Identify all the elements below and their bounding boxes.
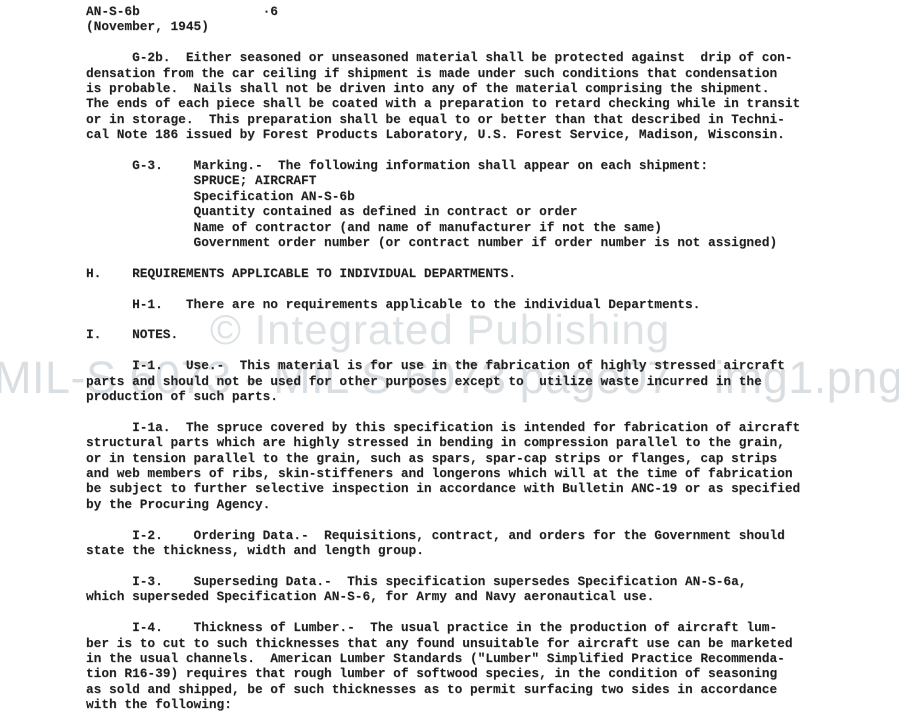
document-line: SPRUCE; AIRCRAFT — [86, 173, 800, 188]
document-line: Specification AN-S-6b — [86, 189, 800, 204]
document-line: I-3. Superseding Data.- This specificati… — [86, 574, 800, 589]
document-line: H-1. There are no requirements applicabl… — [86, 297, 800, 312]
document-line: Name of contractor (and name of manufact… — [86, 220, 800, 235]
block-para-g3: G-3. Marking.- The following information… — [86, 158, 800, 250]
document-line: G-2b. Either seasoned or unseasoned mate… — [86, 50, 800, 65]
block-para-i4: I-4. Thickness of Lumber.- The usual pra… — [86, 620, 800, 712]
block-para-h1: H-1. There are no requirements applicabl… — [86, 297, 800, 312]
document-text: AN-S-6b ·6(November, 1945) G-2b. Either … — [86, 4, 800, 713]
block-para-i2: I-2. Ordering Data.- Requisitions, contr… — [86, 528, 800, 559]
document-line: and web members of ribs, skin-stiffeners… — [86, 466, 800, 481]
document-line: I-1a. The spruce covered by this specifi… — [86, 420, 800, 435]
document-line: by the Procuring Agency. — [86, 497, 800, 512]
block-header: AN-S-6b ·6(November, 1945) — [86, 4, 800, 35]
block-heading-h: H. REQUIREMENTS APPLICABLE TO INDIVIDUAL… — [86, 266, 800, 281]
document-line: production of such parts. — [86, 389, 800, 404]
block-heading-i: I. NOTES. — [86, 327, 800, 342]
document-line: ber is to cut to such thicknesses that a… — [86, 636, 800, 651]
document-line: AN-S-6b ·6 — [86, 4, 800, 19]
document-line: I-1. Use.- This material is for use in t… — [86, 358, 800, 373]
document-line: tion R16-39) requires that rough lumber … — [86, 666, 800, 681]
document-line: be subject to further selective inspecti… — [86, 481, 800, 496]
document-line: (November, 1945) — [86, 19, 800, 34]
document-line: I. NOTES. — [86, 327, 800, 342]
document-line: H. REQUIREMENTS APPLICABLE TO INDIVIDUAL… — [86, 266, 800, 281]
document-line: which superseded Specification AN-S-6, f… — [86, 589, 800, 604]
document-line: parts and should not be used for other p… — [86, 374, 800, 389]
document-line: G-3. Marking.- The following information… — [86, 158, 800, 173]
document-line: Quantity contained as defined in contrac… — [86, 204, 800, 219]
document-line: or in tension parallel to the grain, suc… — [86, 451, 800, 466]
block-para-g2b: G-2b. Either seasoned or unseasoned mate… — [86, 50, 800, 142]
document-line: structural parts which are highly stress… — [86, 435, 800, 450]
document-line: state the thickness, width and length gr… — [86, 543, 800, 558]
document-line: The ends of each piece shall be coated w… — [86, 96, 800, 111]
document-line: densation from the car ceiling if shipme… — [86, 66, 800, 81]
document-line: Government order number (or contract num… — [86, 235, 800, 250]
block-para-i1a: I-1a. The spruce covered by this specifi… — [86, 420, 800, 512]
document-line: in the usual channels. American Lumber S… — [86, 651, 800, 666]
block-para-i1: I-1. Use.- This material is for use in t… — [86, 358, 800, 404]
document-line: or in storage. This preparation shall be… — [86, 112, 800, 127]
block-para-i3: I-3. Superseding Data.- This specificati… — [86, 574, 800, 605]
document-line: is probable. Nails shall not be driven i… — [86, 81, 800, 96]
document-line: with the following: — [86, 697, 800, 712]
document-line: I-4. Thickness of Lumber.- The usual pra… — [86, 620, 800, 635]
document-page: © Integrated Publishing MIL-S 6073 - MIL… — [0, 0, 899, 722]
document-line: cal Note 186 issued by Forest Products L… — [86, 127, 800, 142]
document-line: I-2. Ordering Data.- Requisitions, contr… — [86, 528, 800, 543]
document-line: as sold and shipped, be of such thicknes… — [86, 682, 800, 697]
